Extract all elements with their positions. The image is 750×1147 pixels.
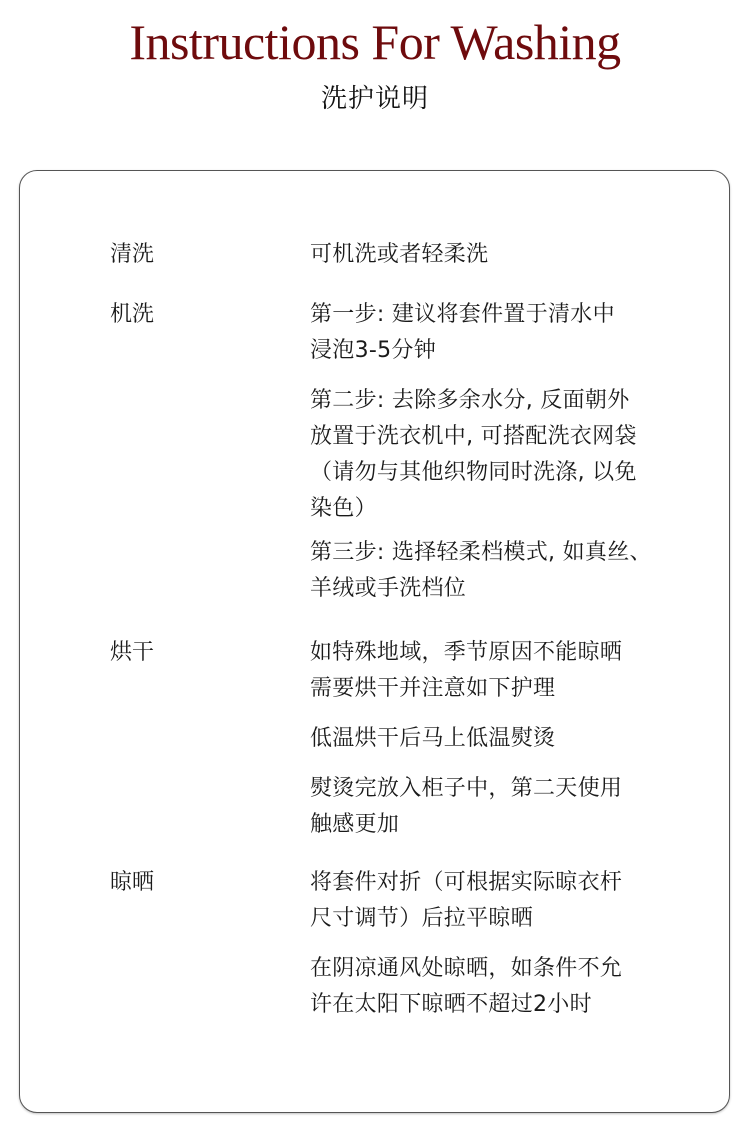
section-label: 机洗 xyxy=(110,297,154,333)
air-drying-paragraph-1: 将套件对折（可根据实际晾衣杆 尺寸调节）后拉平晾晒 xyxy=(310,865,690,937)
air-drying-paragraph-2: 在阴凉通风处晾晒，如条件不允 许在太阳下晾晒不超过2小时 xyxy=(310,951,690,1023)
page-title-english: Instructions For Washing xyxy=(0,14,750,70)
instructions-card: 清洗 可机洗或者轻柔洗 机洗 第一步: 建议将套件置于清水中 浸泡3-5分钟 第… xyxy=(19,170,730,1113)
section-label: 晾晒 xyxy=(110,865,154,901)
section-paragraph: 可机洗或者轻柔洗 xyxy=(310,237,690,273)
drying-paragraph-1: 如特殊地域，季节原因不能晾晒 需要烘干并注意如下护理 xyxy=(310,635,690,707)
drying-paragraph-3: 熨烫完放入柜子中，第二天使用 触感更加 xyxy=(310,771,690,843)
section-label: 烘干 xyxy=(110,635,154,671)
step-1-paragraph: 第一步: 建议将套件置于清水中 浸泡3-5分钟 xyxy=(310,297,690,369)
section-label: 清洗 xyxy=(110,237,154,273)
step-3-paragraph: 第三步: 选择轻柔档模式, 如真丝、 羊绒或手洗档位 xyxy=(310,535,690,607)
step-2-paragraph: 第二步: 去除多余水分, 反面朝外 放置于洗衣机中, 可搭配洗衣网袋 （请勿与其… xyxy=(310,383,690,527)
page-title-chinese: 洗护说明 xyxy=(0,82,750,116)
drying-paragraph-2: 低温烘干后马上低温熨烫 xyxy=(310,721,690,757)
